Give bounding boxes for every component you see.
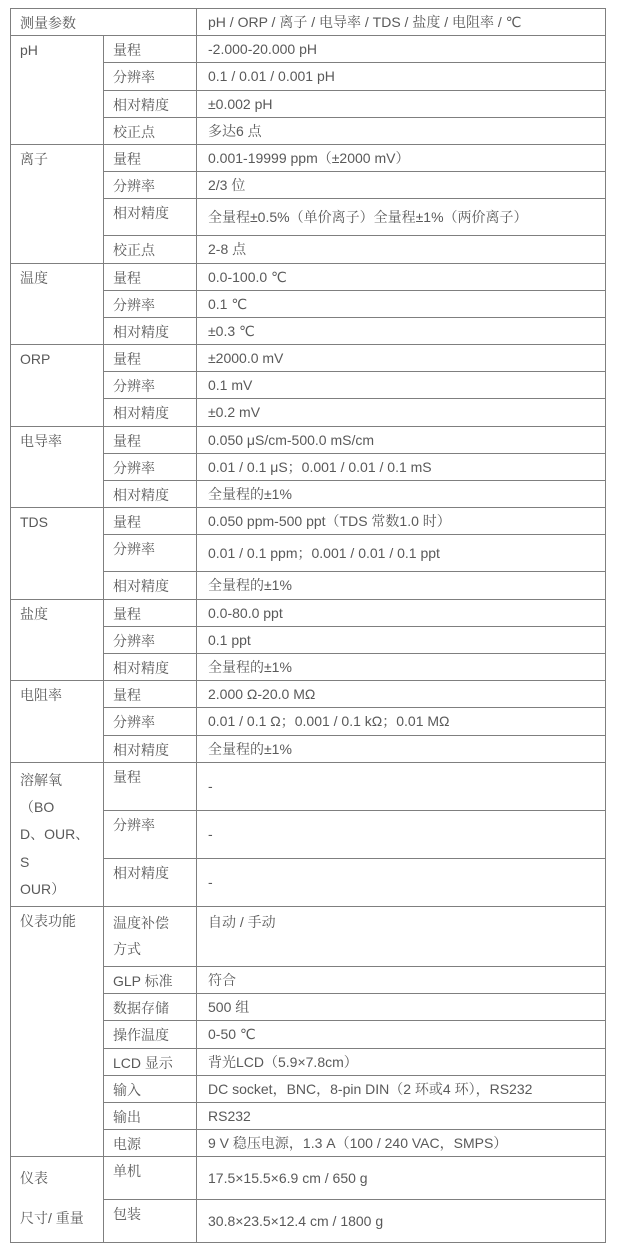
spec-value-temperature-2: ±0.3 ℃	[197, 317, 606, 344]
spec-value-dissolved-oxygen-2: -	[197, 859, 606, 907]
spec-label-functions-5: 输入	[104, 1075, 197, 1102]
spec-label-functions-6: 输出	[104, 1102, 197, 1129]
spec-label-salinity-1: 分辨率	[104, 626, 197, 653]
spec-label-ph-3: 校正点	[104, 117, 197, 144]
spec-table-body: 测量参数pH / ORP / 离子 / 电导率 / TDS / 盐度 / 电阻率…	[11, 9, 606, 1243]
row-temperature-0: 温度量程0.0-100.0 ℃	[11, 263, 606, 290]
section-label-ion: 离子	[11, 144, 104, 263]
spec-value-dissolved-oxygen-1: -	[197, 810, 606, 858]
row-dissolved-oxygen-0: 溶解氧（BO D、OUR、S OUR）量程-	[11, 762, 606, 810]
spec-label-ph-0: 量程	[104, 36, 197, 63]
spec-value-tds-2: 全量程的±1%	[197, 572, 606, 599]
spec-value-resistivity-0: 2.000 Ω-20.0 MΩ	[197, 681, 606, 708]
spec-value-ph-0: -2.000-20.000 pH	[197, 36, 606, 63]
spec-value-salinity-1: 0.1 ppt	[197, 626, 606, 653]
section-label-ph: pH	[11, 36, 104, 145]
spec-label-temperature-1: 分辨率	[104, 290, 197, 317]
spec-value-functions-5: DC socket，BNC，8-pin DIN（2 环或4 环），RS232	[197, 1075, 606, 1102]
spec-label-tds-2: 相对精度	[104, 572, 197, 599]
spec-label-conductivity-0: 量程	[104, 426, 197, 453]
spec-value-dissolved-oxygen-0: -	[197, 762, 606, 810]
spec-value-temperature-1: 0.1 ℃	[197, 290, 606, 317]
header-label-cell: 测量参数	[11, 9, 197, 36]
spec-label-size-weight-0: 单机	[104, 1157, 197, 1200]
spec-value-ion-0: 0.001-19999 ppm（±2000 mV）	[197, 144, 606, 171]
spec-label-functions-0: 温度补偿 方式	[104, 907, 197, 967]
row-ph-0: pH量程-2.000-20.000 pH	[11, 36, 606, 63]
spec-label-ph-1: 分辨率	[104, 63, 197, 90]
spec-label-ion-2: 相对精度	[104, 199, 197, 236]
spec-value-ion-3: 2-8 点	[197, 236, 606, 263]
spec-value-ph-1: 0.1 / 0.01 / 0.001 pH	[197, 63, 606, 90]
spec-label-ion-3: 校正点	[104, 236, 197, 263]
spec-value-ph-3: 多达6 点	[197, 117, 606, 144]
spec-label-dissolved-oxygen-1: 分辨率	[104, 810, 197, 858]
section-label-resistivity: 电阻率	[11, 681, 104, 763]
spec-label-functions-2: 数据存储	[104, 994, 197, 1021]
spec-label-orp-0: 量程	[104, 345, 197, 372]
spec-label-functions-4: LCD 显示	[104, 1048, 197, 1075]
spec-value-tds-1: 0.01 / 0.1 ppm；0.001 / 0.01 / 0.1 ppt	[197, 535, 606, 572]
row-ion-0: 离子量程0.001-19999 ppm（±2000 mV）	[11, 144, 606, 171]
spec-value-salinity-2: 全量程的±1%	[197, 653, 606, 680]
spec-label-size-weight-1: 包装	[104, 1200, 197, 1243]
spec-value-orp-0: ±2000.0 mV	[197, 345, 606, 372]
spec-value-functions-3: 0-50 ℃	[197, 1021, 606, 1048]
spec-label-resistivity-0: 量程	[104, 681, 197, 708]
spec-label-conductivity-1: 分辨率	[104, 453, 197, 480]
spec-table: 测量参数pH / ORP / 离子 / 电导率 / TDS / 盐度 / 电阻率…	[10, 8, 606, 1243]
spec-value-salinity-0: 0.0-80.0 ppt	[197, 599, 606, 626]
spec-label-resistivity-2: 相对精度	[104, 735, 197, 762]
section-label-dissolved-oxygen: 溶解氧（BO D、OUR、S OUR）	[11, 762, 104, 906]
spec-value-tds-0: 0.050 ppm-500 ppt（TDS 常数1.0 时）	[197, 508, 606, 535]
spec-value-orp-2: ±0.2 mV	[197, 399, 606, 426]
spec-label-tds-0: 量程	[104, 508, 197, 535]
spec-value-resistivity-2: 全量程的±1%	[197, 735, 606, 762]
section-label-temperature: 温度	[11, 263, 104, 345]
spec-value-ph-2: ±0.002 pH	[197, 90, 606, 117]
spec-label-resistivity-1: 分辨率	[104, 708, 197, 735]
spec-value-functions-1: 符合	[197, 966, 606, 993]
spec-label-temperature-0: 量程	[104, 263, 197, 290]
spec-value-temperature-0: 0.0-100.0 ℃	[197, 263, 606, 290]
spec-value-functions-4: 背光LCD（5.9×7.8cm）	[197, 1048, 606, 1075]
row-tds-0: TDS量程0.050 ppm-500 ppt（TDS 常数1.0 时）	[11, 508, 606, 535]
spec-label-orp-2: 相对精度	[104, 399, 197, 426]
spec-label-temperature-2: 相对精度	[104, 317, 197, 344]
spec-label-salinity-0: 量程	[104, 599, 197, 626]
spec-value-orp-1: 0.1 mV	[197, 372, 606, 399]
spec-label-dissolved-oxygen-2: 相对精度	[104, 859, 197, 907]
section-label-functions: 仪表功能	[11, 907, 104, 1157]
spec-value-size-weight-0: 17.5×15.5×6.9 cm / 650 g	[197, 1157, 606, 1200]
section-label-orp: ORP	[11, 345, 104, 427]
spec-value-functions-6: RS232	[197, 1102, 606, 1129]
header-value-cell: pH / ORP / 离子 / 电导率 / TDS / 盐度 / 电阻率 / ℃	[197, 9, 606, 36]
spec-label-salinity-2: 相对精度	[104, 653, 197, 680]
spec-value-ion-2: 全量程±0.5%（单价离子）全量程±1%（两价离子）	[197, 199, 606, 236]
spec-value-size-weight-1: 30.8×23.5×12.4 cm / 1800 g	[197, 1200, 606, 1243]
section-label-salinity: 盐度	[11, 599, 104, 681]
spec-label-functions-1: GLP 标准	[104, 966, 197, 993]
spec-label-functions-3: 操作温度	[104, 1021, 197, 1048]
section-label-conductivity: 电导率	[11, 426, 104, 508]
row-orp-0: ORP量程±2000.0 mV	[11, 345, 606, 372]
row-header: 测量参数pH / ORP / 离子 / 电导率 / TDS / 盐度 / 电阻率…	[11, 9, 606, 36]
section-label-size-weight: 仪表 尺寸/ 重量	[11, 1157, 104, 1243]
spec-value-functions-0: 自动 / 手动	[197, 907, 606, 967]
row-functions-0: 仪表功能温度补偿 方式自动 / 手动	[11, 907, 606, 967]
section-label-tds: TDS	[11, 508, 104, 599]
spec-value-conductivity-1: 0.01 / 0.1 μS；0.001 / 0.01 / 0.1 mS	[197, 453, 606, 480]
spec-label-functions-7: 电源	[104, 1130, 197, 1157]
spec-value-conductivity-2: 全量程的±1%	[197, 481, 606, 508]
row-size-weight-0: 仪表 尺寸/ 重量单机17.5×15.5×6.9 cm / 650 g	[11, 1157, 606, 1200]
spec-label-tds-1: 分辨率	[104, 535, 197, 572]
spec-value-functions-2: 500 组	[197, 994, 606, 1021]
spec-label-ion-1: 分辨率	[104, 172, 197, 199]
row-salinity-0: 盐度量程0.0-80.0 ppt	[11, 599, 606, 626]
spec-value-resistivity-1: 0.01 / 0.1 Ω；0.001 / 0.1 kΩ；0.01 MΩ	[197, 708, 606, 735]
spec-value-conductivity-0: 0.050 μS/cm-500.0 mS/cm	[197, 426, 606, 453]
spec-label-orp-1: 分辨率	[104, 372, 197, 399]
row-conductivity-0: 电导率量程0.050 μS/cm-500.0 mS/cm	[11, 426, 606, 453]
spec-label-dissolved-oxygen-0: 量程	[104, 762, 197, 810]
spec-label-ph-2: 相对精度	[104, 90, 197, 117]
spec-value-functions-7: 9 V 稳压电源，1.3 A（100 / 240 VAC，SMPS）	[197, 1130, 606, 1157]
spec-value-ion-1: 2/3 位	[197, 172, 606, 199]
row-resistivity-0: 电阻率量程2.000 Ω-20.0 MΩ	[11, 681, 606, 708]
spec-label-conductivity-2: 相对精度	[104, 481, 197, 508]
spec-label-ion-0: 量程	[104, 144, 197, 171]
